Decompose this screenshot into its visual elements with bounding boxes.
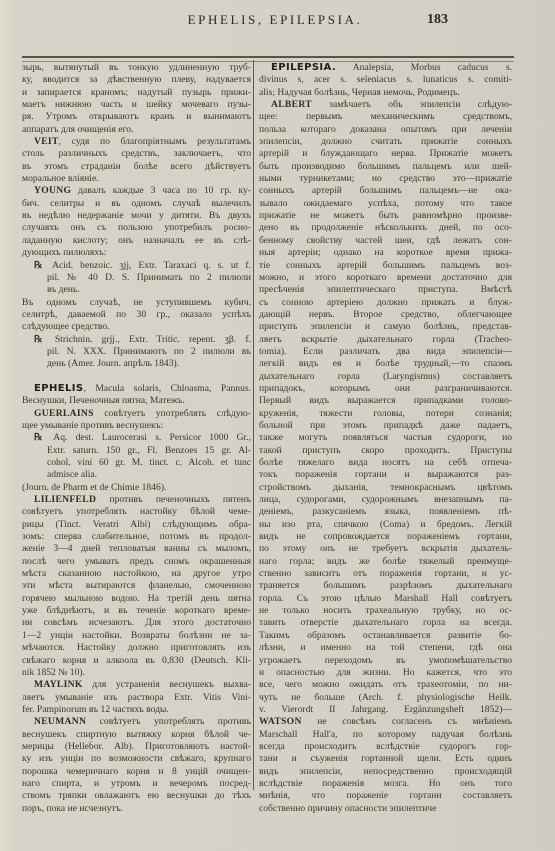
text-line: ны изо рта, спячкою (Coma) и бредомъ. Ле… bbox=[259, 519, 512, 531]
text-line: LILIENFELD противъ печеночныхъ пятенъ bbox=[22, 494, 251, 506]
text-line: приступъ эпилепсіи и самую болѣзнь, пред… bbox=[259, 321, 512, 333]
text-line: поръ, пока не исчезнутъ. bbox=[22, 803, 251, 815]
text-line: Въ одномъ случаѣ, не уступившемъ кубич. bbox=[22, 297, 251, 309]
text-line: дующихъ пилюляхъ: bbox=[22, 247, 251, 259]
text-line: все, чего можно ожидать отъ трахеотоміи,… bbox=[259, 679, 512, 691]
text-line: эпилепсіи, должно считать прижатіе сонны… bbox=[259, 136, 512, 148]
text-line: Marschall Hall'a, по которому падучая бо… bbox=[259, 729, 512, 741]
text-line: стройствомъ дыханія, темнокраснымъ цвѣто… bbox=[259, 482, 512, 494]
text-line: divinus s, acer s. seleniacus s. lunatic… bbox=[259, 74, 512, 86]
text-line: мѣчаются. Настойку должно приготовлять и… bbox=[22, 642, 251, 654]
text-line: ляетъ умываніе изъ раствора Extr. Vitis … bbox=[22, 692, 251, 704]
text-line: женіе 3—4 дней тепловатыя ванны съ мылом… bbox=[22, 543, 251, 555]
text-line: щее: первымъ механическимъ средствомъ, bbox=[259, 111, 512, 123]
text-line: припадокъ, которымъ они разграничиваются… bbox=[259, 383, 512, 395]
text-line: видъ не сопровождается пораженіемъ горта… bbox=[259, 531, 512, 543]
text-line: рицы (Tinct. Veratri Albi) слѣдующимъ об… bbox=[22, 519, 251, 531]
text-line: щее умываніе противъ веснушекъ: bbox=[22, 420, 251, 432]
text-line: слѣдующее средство. bbox=[22, 321, 251, 333]
text-line: деніемъ, разкусаніемъ языка, появленіемъ… bbox=[259, 506, 512, 518]
text-line: артерій и блуждающаго нерва. Прижатіе мо… bbox=[259, 148, 512, 160]
text-line: nik 1852 № 10). bbox=[22, 667, 251, 679]
recipe-icon: ℞ bbox=[34, 260, 43, 271]
text-line: горла. Съ этою цѣлью Marshall Hall совѣт… bbox=[259, 593, 512, 605]
text-line: быть производимо большимъ пальцемъ или ш… bbox=[259, 161, 512, 173]
text-line: WATSON не совсѣмъ согласенъ съ мнѣніемъ bbox=[259, 716, 512, 728]
text-line: ными турникетами; но средство это—прижат… bbox=[259, 173, 512, 185]
text-line: мнѣнія, что пораженіе гортани составляет… bbox=[259, 790, 512, 802]
text-line: не только носить трахеальную трубку, но … bbox=[259, 605, 512, 617]
left-column: зырь, вытянутый въ тонкую удлиненную тру… bbox=[22, 62, 251, 815]
text-line: ладанную кислоту; онъ назначалъ ее въ сл… bbox=[22, 235, 251, 247]
text-line: мерицы (Helleb̈or. Alb). Приготовляютъ н… bbox=[22, 741, 251, 753]
text-line: вслѣдствіе пораженія мозга. Но онъ того bbox=[259, 778, 512, 790]
text-line: прижатіе не можетъ быть равномѣрно произ… bbox=[259, 210, 512, 222]
text-line: свѣжаго корня и алкоола въ 0,830 (Deutsc… bbox=[22, 655, 251, 667]
text-line: послѣ чего умывать предъ сномъ окрашенны… bbox=[22, 556, 251, 568]
text-line: лѣзни, и именно на той степени, гдѣ она bbox=[259, 642, 512, 654]
recipe-icon: ℞ bbox=[34, 334, 43, 345]
author-name: MAYLINK bbox=[34, 679, 83, 690]
text-line: можно, и этого короткаго времени достато… bbox=[259, 272, 512, 284]
text-line: чуть не больше (Arch. f. physiologische … bbox=[259, 692, 512, 704]
text-line: больной при этомъ припадкѣ даже падаетъ, bbox=[259, 420, 512, 432]
text-line: наго горла; видъ же болѣе тяжелый преиму… bbox=[259, 556, 512, 568]
text-line: въ день. bbox=[22, 284, 251, 296]
scanned-page: EPHELIS, EPILEPSIA. 183 зырь, вытянутый … bbox=[0, 0, 555, 851]
running-head: EPHELIS, EPILEPSIA. 183 bbox=[0, 12, 555, 32]
text-line: ныя артеріи; однако на короткое время пр… bbox=[259, 247, 512, 259]
text-line: ни совсѣмъ исчезаютъ. Для этого достаточ… bbox=[22, 617, 251, 629]
text-line: ку изъ унціи по возможности свѣжаго, кру… bbox=[22, 753, 251, 765]
page-number: 183 bbox=[427, 12, 448, 28]
text-line: NEUMANN совѣтуетъ употреблять противъ bbox=[22, 716, 251, 728]
text-line: tomia). Если различать два вида эпилепсі… bbox=[259, 346, 512, 358]
text-line: fer. Pampinorum въ 12 частяхъ воды. bbox=[22, 704, 251, 716]
author-name: YOUNG bbox=[34, 185, 71, 196]
text-line: селитрѣ, даваемой по 30 гр., оказало усп… bbox=[22, 309, 251, 321]
column-divider bbox=[253, 60, 254, 790]
text-line: моральное вліяніе. bbox=[22, 173, 251, 185]
text-line bbox=[22, 371, 251, 383]
text-line: бенному свойству частей шеи, гдѣ лежатъ … bbox=[259, 235, 512, 247]
text-line: наго спирта, и утромъ и вечеромъ посред- bbox=[22, 778, 251, 790]
text-line: Веснушки, Печеночныя пятна, Матежъ. bbox=[22, 395, 251, 407]
right-column: EPILEPSIA. Analepsia, Morbus caducus s.d… bbox=[259, 62, 512, 815]
text-line: EPHELIS, Macula solaris, Chloasma, Pannu… bbox=[22, 383, 251, 395]
text-line: GUERLAINS совѣтуетъ употреблять слѣдую- bbox=[22, 408, 251, 420]
text-line: ℞ Strichnin. grjj., Extr. Tritic. repent… bbox=[22, 334, 251, 346]
text-line: 1—2 унціи настойки. Возвраты болѣзни не … bbox=[22, 630, 251, 642]
text-line: круженія, тяжести головы, потери сознані… bbox=[259, 408, 512, 420]
text-line: такой приступъ скоро проходитъ. Приступы bbox=[259, 445, 512, 457]
text-line: тіе сонныхъ артерій большимъ пальцемъ во… bbox=[259, 260, 512, 272]
text-line: и опасностью для жизни. Но кажется, что … bbox=[259, 667, 512, 679]
text-line: съ сонною артеріею должно прижать и блуж… bbox=[259, 297, 512, 309]
author-name: ALBERT bbox=[271, 99, 312, 110]
text-line: дено въ продолженіе нѣсколькихъ дней, по… bbox=[259, 222, 512, 234]
entry-heading: EPHELIS bbox=[34, 383, 83, 394]
text-line: траняется большимъ разрѣзомъ дыхательнаг… bbox=[259, 580, 512, 592]
text-line: аппаратъ для очищенія его. bbox=[22, 124, 251, 136]
text-line: случаяхъ онъ съ пользою употребилъ росно… bbox=[22, 222, 251, 234]
text-line: лица, судорогами, судорожнымъ внезапнымъ… bbox=[259, 494, 512, 506]
text-line: Такимъ образомъ останавливается развитіе… bbox=[259, 630, 512, 642]
text-line: пресѣченія эпилептическаго приступа. Вмѣ… bbox=[259, 284, 512, 296]
recipe-icon: ℞ bbox=[34, 432, 43, 443]
text-line: зырь, вытянутый въ тонкую удлиненную тру… bbox=[22, 62, 251, 74]
text-line: столь различныхъ средствъ, заключаетъ, ч… bbox=[22, 148, 251, 160]
text-line: alis; Надучая болѣзнь, Черная немочь, Ро… bbox=[259, 87, 512, 99]
text-line: уже блѣднѣютъ, и въ теченіе короткаго вр… bbox=[22, 605, 251, 617]
author-name: LILIENFELD bbox=[34, 494, 96, 505]
text-line: Первый видъ выражается припадками голово… bbox=[259, 395, 512, 407]
text-line: всегда происходитъ вслѣдствіе судорогъ г… bbox=[259, 741, 512, 753]
text-line: день (Amer. Journ. апрѣль 1843). bbox=[22, 358, 251, 370]
author-name: WATSON bbox=[259, 716, 302, 727]
author-name: GUERLAINS bbox=[34, 408, 94, 419]
text-line: болѣе тяжелаго вида носятъ на себѣ отпеч… bbox=[259, 457, 512, 469]
author-name: VEIT bbox=[34, 136, 59, 147]
text-line: зывало ожидаемаго успѣха, потому что так… bbox=[259, 198, 512, 210]
text-line: токъ пораженія гортани и выражаются раз- bbox=[259, 469, 512, 481]
text-line: MAYLINK для устраненія веснушекъ выхва- bbox=[22, 679, 251, 691]
running-title: EPHELIS, EPILEPSIA. bbox=[150, 12, 400, 28]
text-line: эти мѣста вытираются фланелью, смоченною bbox=[22, 580, 251, 592]
text-line: ственно зависитъ отъ пораженія гортани, … bbox=[259, 568, 512, 580]
text-line: совѣтуетъ употреблять настойку бѣлой чем… bbox=[22, 506, 251, 518]
text-line: ℞ Aq. dest. Laurocerasi s. Persicor 1000… bbox=[22, 432, 251, 444]
text-line: ℞ Acid. benzoic. ʒjj, Extr. Taraxaci q. … bbox=[22, 260, 251, 272]
text-line: pil. № 40 D. S. Принимать по 2 пилюли bbox=[22, 272, 251, 284]
text-line: видъ эпилепсіи, непосредственно происход… bbox=[259, 766, 512, 778]
text-line: тани и съуженія гортанной щели. Есть оди… bbox=[259, 753, 512, 765]
text-line: тавить отверстіе дыхательнаго горла на в… bbox=[259, 617, 512, 629]
text-line: ляетъ вскрытіе дыхательнаго горла (Trach… bbox=[259, 334, 512, 346]
text-line: ря. Утромъ открываютъ кранъ и вынимаютъ bbox=[22, 111, 251, 123]
text-line: зомъ: сперва слабительное, потомъ въ про… bbox=[22, 531, 251, 543]
text-line: угрожаетъ переходомъ въ умопомѣшательств… bbox=[259, 655, 512, 667]
text-line: мѣста сказанною настойкою, на другое утр… bbox=[22, 568, 251, 580]
text-line: pil. N. XXX. Принимаютъ по 2 пилюли въ bbox=[22, 346, 251, 358]
text-line: въ этомъ страданіи болѣе всего дѣйствует… bbox=[22, 161, 251, 173]
text-line: также могутъ появляться частыя судороги,… bbox=[259, 432, 512, 444]
text-line: легкій видъ ея и болѣе трудный,—то спазм… bbox=[259, 358, 512, 370]
text-line: Extr. saturn. 150 gr., Fl. Benzoes 15 gr… bbox=[22, 445, 251, 457]
entry-heading: EPILEPSIA. bbox=[271, 62, 336, 73]
text-line: (Journ. de Pharm et de Chimie 1846). bbox=[22, 482, 251, 494]
text-line: сонныхъ артерій большимъ пальцемъ—не ока… bbox=[259, 185, 512, 197]
text-line: VEIT, судя по благопріятнымъ результатам… bbox=[22, 136, 251, 148]
text-line: и запирается краномъ; надутый пузырь при… bbox=[22, 87, 251, 99]
text-line: горячею мыльною водою. На третій день пя… bbox=[22, 593, 251, 605]
text-line: ствомъ тряпки овлажаютъ ею веснушки до т… bbox=[22, 790, 251, 802]
text-line: маетъ нижнюю часть и шейку мочеваго пузы… bbox=[22, 99, 251, 111]
text-line: v. Vierordt II Jahrgang. Ergänzungsheft … bbox=[259, 704, 512, 716]
text-line: admisce alia. bbox=[22, 469, 251, 481]
text-line: въ недѣлю недержаніе мочи у дитяти. Въ д… bbox=[22, 210, 251, 222]
text-line: по этому онъ не требуетъ вскрытія дыхате… bbox=[259, 543, 512, 555]
text-line: EPILEPSIA. Analepsia, Morbus caducus s. bbox=[259, 62, 512, 74]
text-line: YOUNG давалъ каждые 3 часа по 10 гр. ку- bbox=[22, 185, 251, 197]
text-line: ку, вводится за дѣвственную плеву, надув… bbox=[22, 74, 251, 86]
author-name: NEUMANN bbox=[34, 716, 86, 727]
text-line: ALBERT замѣчаетъ объ эпилепсіи слѣдую- bbox=[259, 99, 512, 111]
text-line: дыхательнаго горла (Laryngismus) составл… bbox=[259, 371, 512, 383]
text-line: собственно причину опасности эпилептиче bbox=[259, 803, 512, 815]
text-line: веснушекъ спиртную вытяжку корня бѣлой ч… bbox=[22, 729, 251, 741]
text-line: бич. селитры и въ одномъ случаѣ вылечилъ bbox=[22, 198, 251, 210]
text-line: дающій нервъ. Второе средство, облегчающ… bbox=[259, 309, 512, 321]
text-line: порошка чемеричнаго корня и 8 унцій очищ… bbox=[22, 766, 251, 778]
text-line: cohol. vini 60 gr. M. tinct. c. Alcoh. e… bbox=[22, 457, 251, 469]
text-line: польза котораго доказана опытомъ при леч… bbox=[259, 124, 512, 136]
